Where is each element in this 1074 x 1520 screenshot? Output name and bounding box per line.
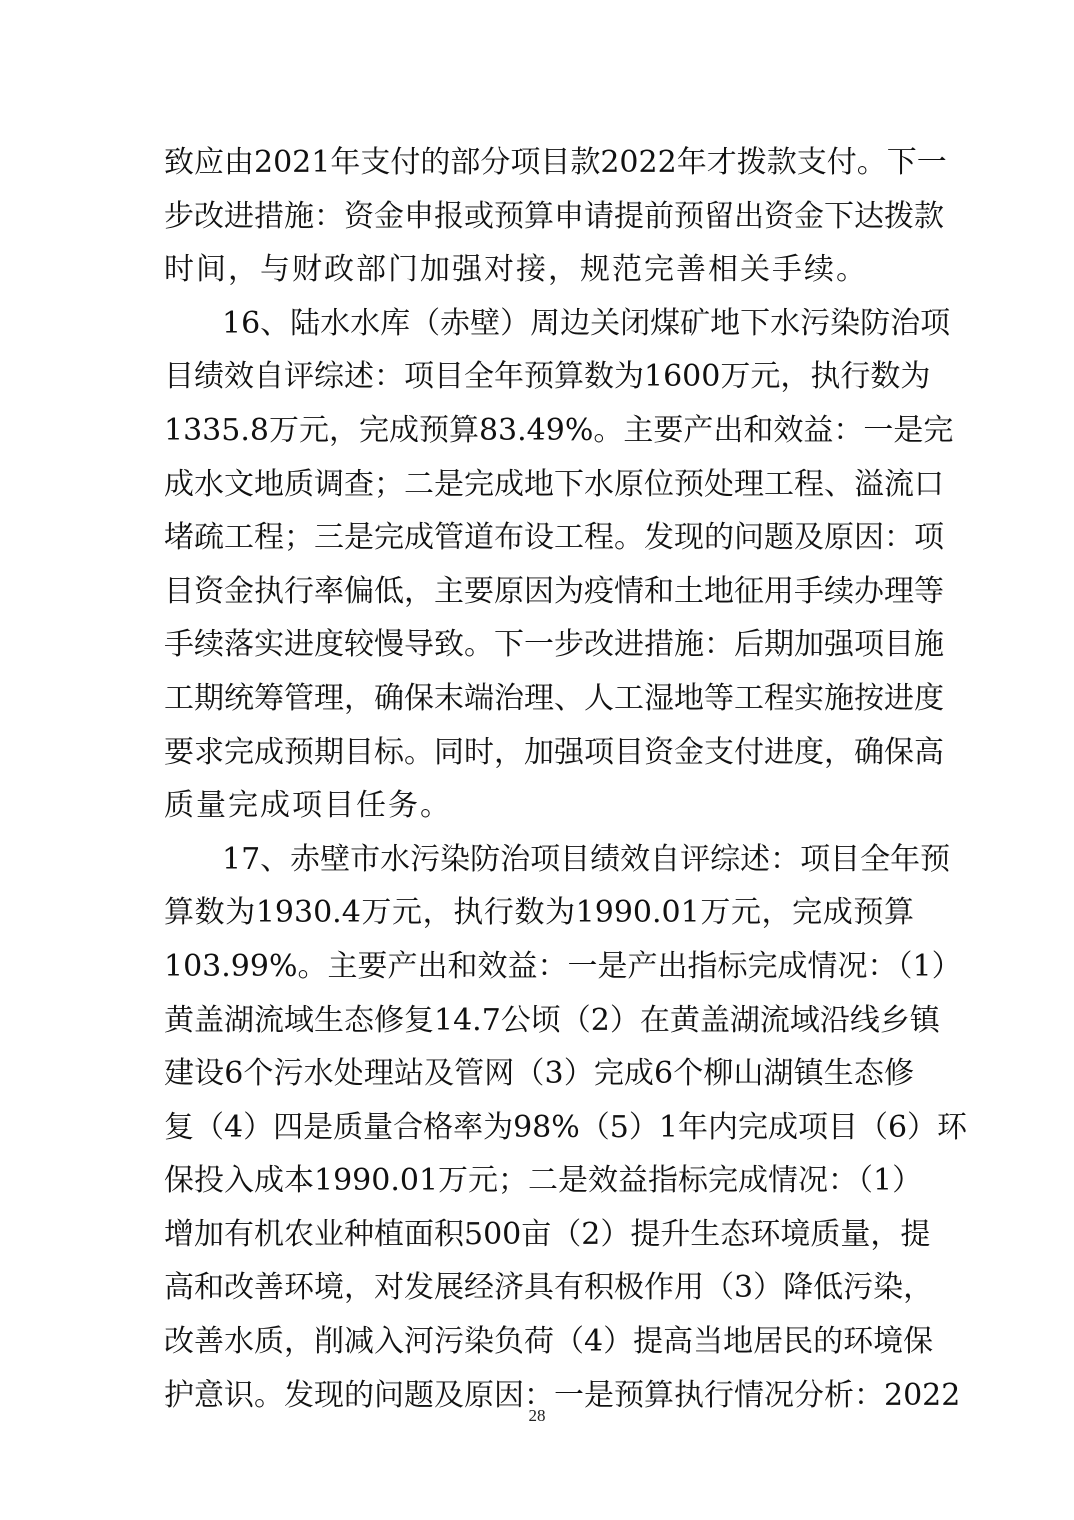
text-line: 黄盖湖流域生态修复14.7公顷（2）在黄盖湖流域沿线乡镇 — [164, 994, 914, 1048]
paragraph-16-heading-line: 16、陆水水库（赤壁）周边关闭煤矿地下水污染防治项 — [164, 297, 914, 351]
text-line: 改善水质，削减入河污染负荷（4）提高当地居民的环境保 — [164, 1315, 914, 1369]
text-line: 时间，与财政部门加强对接，规范完善相关手续。 — [164, 243, 914, 297]
page-number: 28 — [0, 1406, 1074, 1426]
paragraph-17-heading-line: 17、赤壁市水污染防治项目绩效自评综述：项目全年预 — [164, 833, 914, 887]
text-line: 1335.8万元，完成预算83.49%。主要产出和效益：一是完 — [164, 404, 914, 458]
text-line: 目绩效自评综述：项目全年预算数为1600万元，执行数为 — [164, 350, 914, 404]
text-line: 复（4）四是质量合格率为98%（5）1年内完成项目（6）环 — [164, 1101, 914, 1155]
text-line: 堵疏工程；三是完成管道布设工程。发现的问题及原因：项 — [164, 511, 914, 565]
text-line: 算数为1930.4万元，执行数为1990.01万元，完成预算 — [164, 886, 914, 940]
text-line: 成水文地质调查；二是完成地下水原位预处理工程、溢流口 — [164, 458, 914, 512]
text-line: 目资金执行率偏低，主要原因为疫情和土地征用手续办理等 — [164, 565, 914, 619]
text-line: 手续落实进度较慢导致。下一步改进措施：后期加强项目施 — [164, 618, 914, 672]
text-line: 要求完成预期目标。同时，加强项目资金支付进度，确保高 — [164, 726, 914, 780]
text-line: 步改进措施：资金申报或预算申请提前预留出资金下达拨款 — [164, 190, 914, 244]
text-line: 致应由2021年支付的部分项目款2022年才拨款支付。下一 — [164, 136, 914, 190]
text-line: 高和改善环境，对发展经济具有积极作用（3）降低污染， — [164, 1261, 914, 1315]
document-body: 致应由2021年支付的部分项目款2022年才拨款支付。下一 步改进措施：资金申报… — [164, 136, 914, 1422]
text-line: 保投入成本1990.01万元；二是效益指标完成情况：（1） — [164, 1154, 914, 1208]
text-line: 103.99%。主要产出和效益：一是产出指标完成情况：（1） — [164, 940, 914, 994]
text-line: 质量完成项目任务。 — [164, 779, 914, 833]
text-line: 建设6个污水处理站及管网（3）完成6个柳山湖镇生态修 — [164, 1047, 914, 1101]
text-line: 增加有机农业种植面积500亩（2）提升生态环境质量，提 — [164, 1208, 914, 1262]
text-line: 工期统筹管理，确保末端治理、人工湿地等工程实施按进度 — [164, 672, 914, 726]
